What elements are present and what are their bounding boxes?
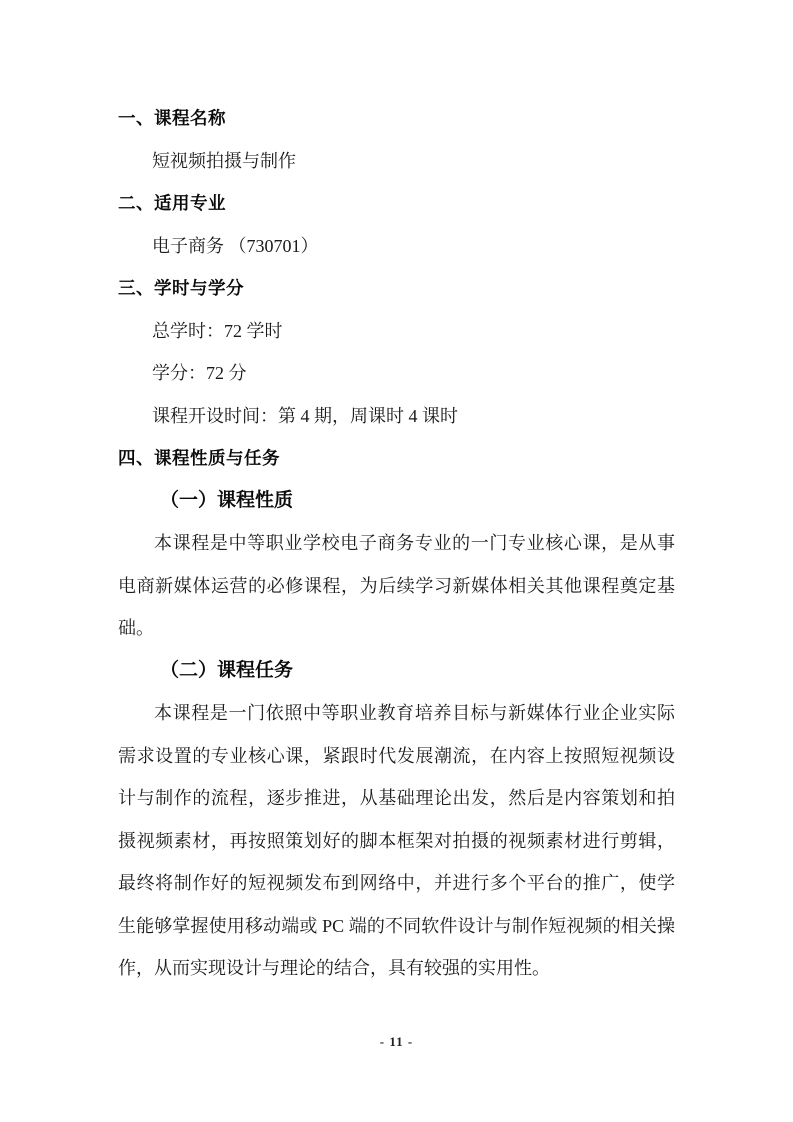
subsection-heading-course-nature: （一）课程性质 bbox=[118, 480, 675, 523]
course-schedule-value: 课程开设时间：第 4 期，周课时 4 课时 bbox=[118, 395, 675, 438]
section-heading-hours-credits: 三、学时与学分 bbox=[118, 267, 675, 310]
section-heading-applicable-major: 二、适用专业 bbox=[118, 182, 675, 225]
course-tasks-paragraph: 本课程是一门依照中等职业教育培养目标与新媒体行业企业实际需求设置的专业核心课，紧… bbox=[118, 692, 675, 990]
subsection-heading-course-tasks: （二）课程任务 bbox=[118, 650, 675, 693]
document-content: 一、课程名称 短视频拍摄与制作 二、适用专业 电子商务 （730701） 三、学… bbox=[118, 97, 675, 990]
total-hours-value: 总学时：72 学时 bbox=[118, 310, 675, 353]
page-number: - 11 - bbox=[0, 1034, 793, 1050]
section-heading-nature-tasks: 四、课程性质与任务 bbox=[118, 437, 675, 480]
section-heading-course-name: 一、课程名称 bbox=[118, 97, 675, 140]
credits-value: 学分：72 分 bbox=[118, 352, 675, 395]
course-name-value: 短视频拍摄与制作 bbox=[118, 140, 675, 183]
applicable-major-value: 电子商务 （730701） bbox=[118, 225, 675, 268]
course-nature-paragraph: 本课程是中等职业学校电子商务专业的一门专业核心课，是从事电商新媒体运营的必修课程… bbox=[118, 522, 675, 650]
document-page: 一、课程名称 短视频拍摄与制作 二、适用专业 电子商务 （730701） 三、学… bbox=[0, 0, 793, 1122]
